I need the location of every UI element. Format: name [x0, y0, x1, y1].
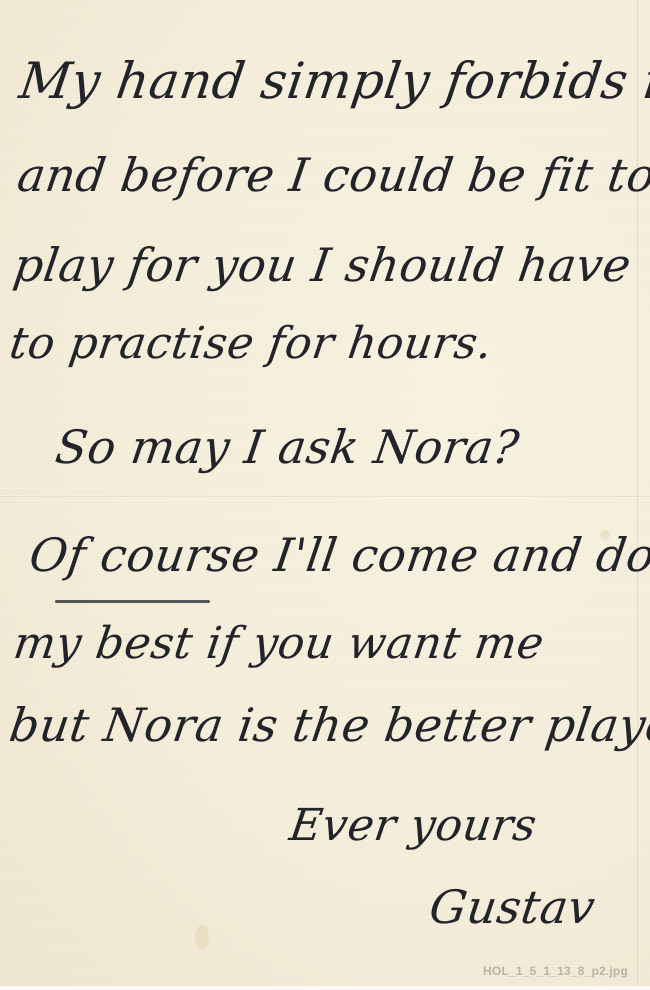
letter-line-2: and before I could be fit to	[14, 148, 650, 202]
letter-page: My hand simply forbids it and before I c…	[0, 0, 650, 990]
letter-line-6: Of course I'll come and do	[26, 528, 650, 582]
letter-line-3: play for you I should have	[10, 238, 634, 292]
letter-line-8: but Nora is the better player	[6, 698, 650, 752]
letter-line-7: my best if you want me	[10, 618, 547, 669]
letter-signature: Gustav	[426, 880, 598, 934]
letter-line-5: So may I ask Nora?	[52, 420, 522, 474]
paper-stain	[195, 925, 209, 949]
letter-line-4: to practise for hours.	[6, 318, 495, 369]
image-filename-caption: HOL_1_5_1_13_8_p2.jpg	[483, 964, 628, 978]
paper-fold-crease	[0, 495, 650, 497]
of-course-underline	[55, 600, 210, 603]
letter-closing: Ever yours	[286, 800, 540, 851]
letter-line-1: My hand simply forbids it	[16, 52, 650, 110]
